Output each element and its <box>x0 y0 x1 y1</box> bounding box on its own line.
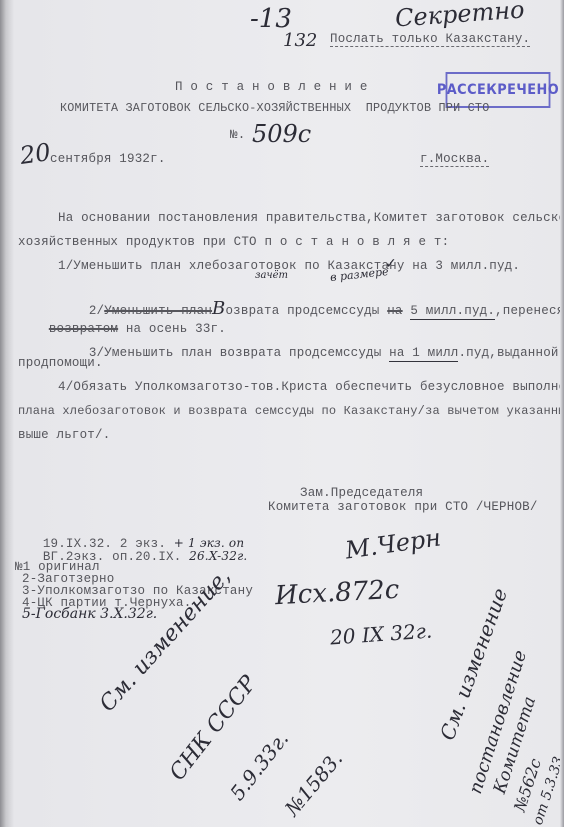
item-3-amount: на 1 милл <box>389 346 458 362</box>
item-4-line-3: выше льгот/. <box>18 428 110 442</box>
item-4-line-2: плана хлебозаготовок и возврата семссуды… <box>18 404 564 418</box>
item-1: 1/Уменьшить план хлебозаготовок по Казак… <box>58 259 520 273</box>
distribution-5-handwritten: 5-Госбанк 3.Х.32г. <box>22 606 157 622</box>
handwritten-sheet-number: 132 <box>283 30 317 51</box>
item-2-insert-zachet: зачёт <box>255 270 288 281</box>
item-2-rest: ,перенеся <box>495 304 564 318</box>
intro-line-2: хозяйственных продуктов при СТО п о с т … <box>18 235 449 249</box>
document-number-handwritten: 509с <box>252 120 311 148</box>
signature-title: Зам.Председателя <box>300 486 423 500</box>
item-2-text: озврата продсемссуды <box>225 304 379 318</box>
date-text: сентября 1932г. <box>50 152 166 166</box>
item-3-text-a: 3/Уменьшить план возврата продсемссуды <box>89 346 389 360</box>
footer-hand-note-2: 26.X-32г. <box>189 549 247 563</box>
item-2-struck-na: на <box>387 304 402 318</box>
handwritten-secret-mark: Секретно <box>394 0 525 32</box>
date-day-handwritten: 20 <box>18 138 52 170</box>
outgoing-ref-date: 20 IX 32г. <box>329 618 433 649</box>
document-title: П о с т а н о в л е н и е <box>175 80 368 94</box>
outgoing-ref-number: Исх.872с <box>274 575 400 611</box>
note-left-4: №1583. <box>280 747 347 821</box>
note-left-3: 5.9.33г. <box>225 727 293 805</box>
document-number-prefix: №. <box>230 128 245 142</box>
item-4-line-1: 4/Обязать Уполкомзаготзо-тов.Криста обес… <box>58 380 564 394</box>
handwritten-signature: М.Черн <box>344 523 443 564</box>
intro-line-1: На основании постановления правительства… <box>58 211 564 225</box>
send-note: Послать только Казакстану. <box>330 32 530 47</box>
item-3-line-2: продпомощи. <box>18 356 103 370</box>
document-subtitle: КОМИТЕТА ЗАГОТОВОК СЕЛЬСКО-ХОЗЯЙСТВЕННЫХ… <box>60 101 489 115</box>
item-3-line-1: 3/Уменьшить план возврата продсемссуды н… <box>58 332 564 374</box>
document-page: -13 132 Секретно Послать только Казакста… <box>0 0 564 827</box>
city: г.Москва. <box>420 152 489 167</box>
item-2-amount: 5 милл.пуд. <box>410 304 495 320</box>
item-3-text-b: .пуд,выданной в виде <box>458 346 564 360</box>
signature-committee: Комитета заготовок при СТО /ЧЕРНОВ/ <box>268 500 538 514</box>
